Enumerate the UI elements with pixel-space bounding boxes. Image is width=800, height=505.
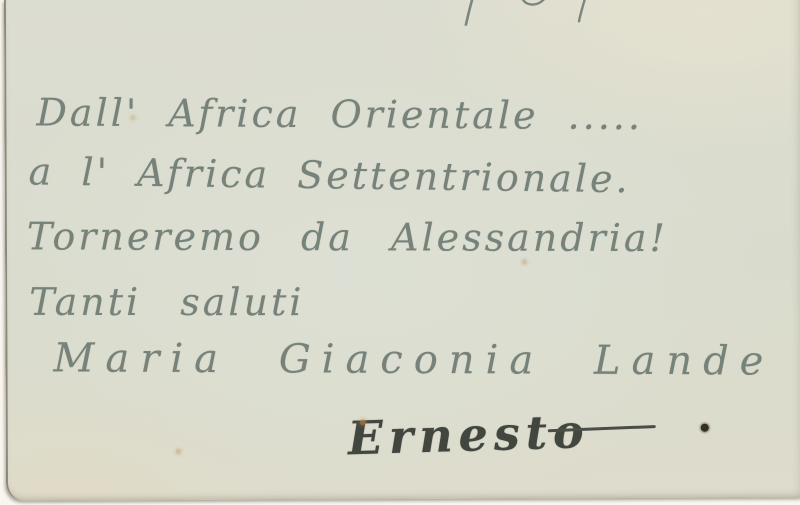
scanned-postcard-page: Dall' Africa Orientale ..... a l' Africa… [0,0,800,505]
handwriting-line-2: a l' Africa Settentrionale. [28,149,630,201]
foxing-spot [522,259,527,264]
foxing-spot [130,115,135,120]
signature: Ernesto [347,404,590,465]
handwriting-line-4: Tanti saluti [29,280,304,324]
postcard-paper: Dall' Africa Orientale ..... a l' Africa… [4,0,800,501]
ink-blot [701,424,709,432]
handwriting-line-5-sender-name: Maria Giaconia Lande [53,335,774,384]
handwriting-line-3: Torneremo da Alessandria! [27,214,668,260]
handwriting-line-1: Dall' Africa Orientale ..... [36,90,643,138]
clipped-handwriting-strokes [461,0,661,26]
foxing-spot [360,419,366,425]
foxing-spot [176,449,181,454]
